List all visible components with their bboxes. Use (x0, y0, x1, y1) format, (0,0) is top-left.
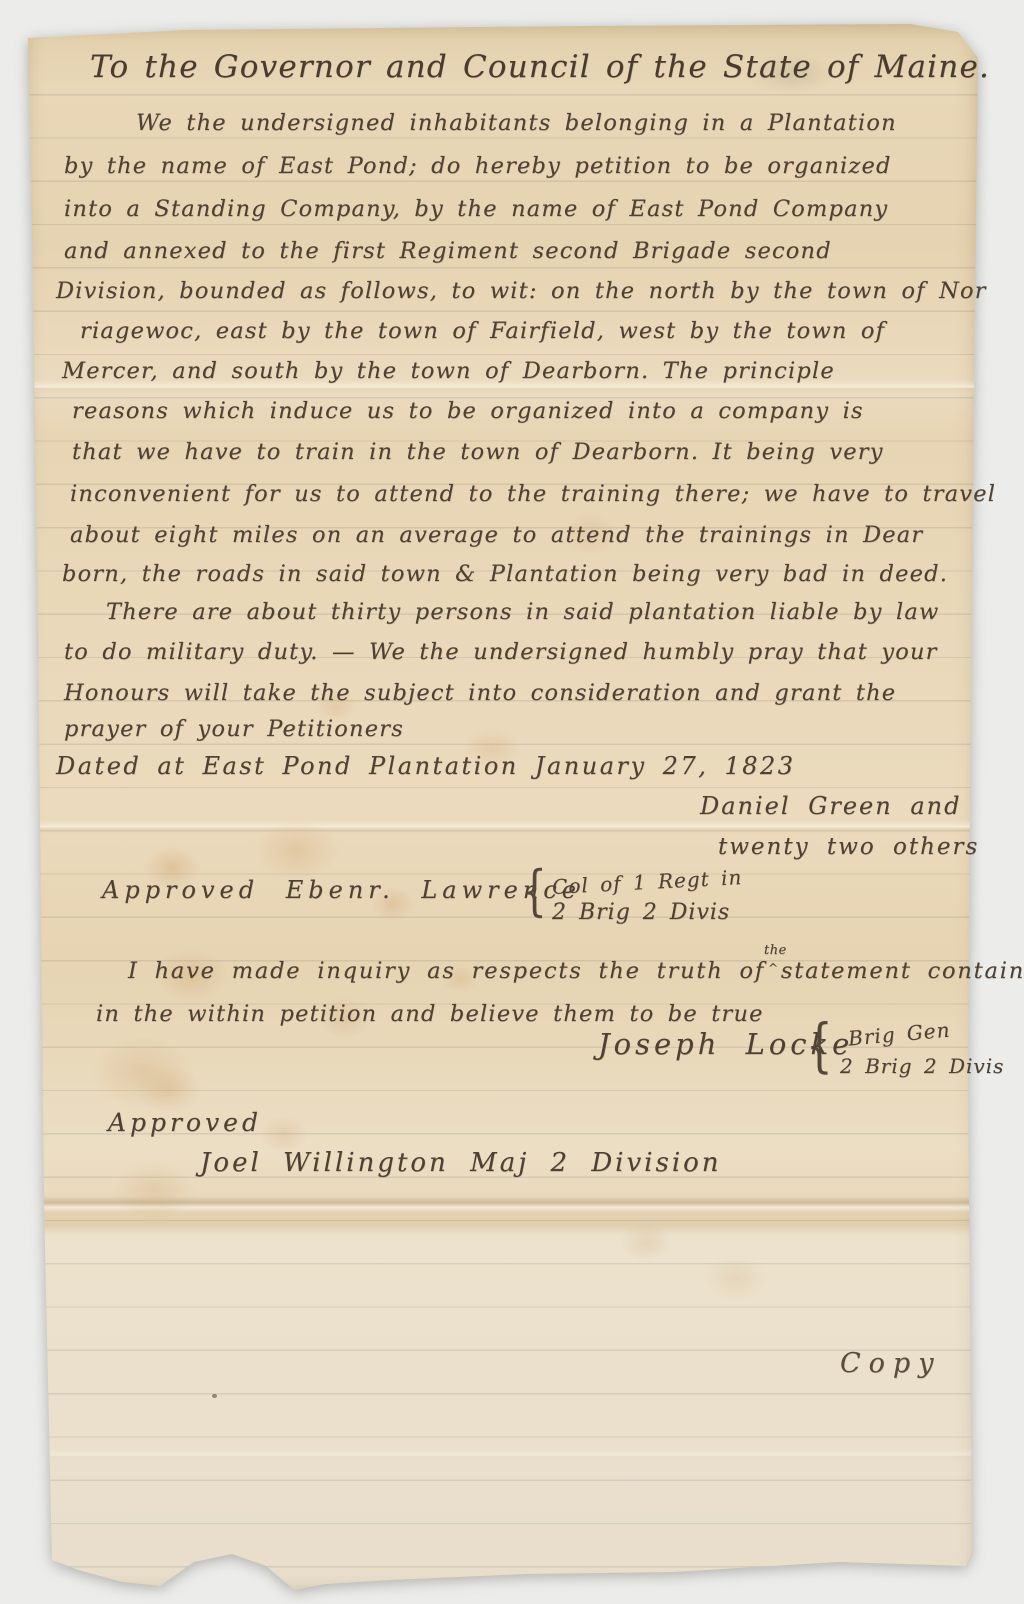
manuscript-line: Division, bounded as follows, to wit: on… (56, 280, 987, 303)
ink-speck (212, 1394, 217, 1398)
manuscript-line: born, the roads in said town & Plantatio… (62, 563, 948, 586)
manuscript-line: that we have to train in the town of Dea… (72, 441, 884, 464)
approval-willington-label: Approved (108, 1110, 262, 1135)
insertion-caret: ^ (768, 962, 779, 974)
inquiry-line: in the within petition and believe them … (96, 1003, 764, 1026)
manuscript-line: by the name of East Pond; do hereby peti… (64, 155, 892, 178)
manuscript-line: and annexed to the first Regiment second… (64, 240, 832, 263)
manuscript-line: about eight miles on an average to atten… (70, 524, 923, 547)
fold-crease-main (26, 1196, 978, 1212)
inquiry-line: I have made inquiry as respects the trut… (128, 960, 1024, 983)
brace-lawrence: { (522, 864, 548, 918)
approval-lawrence: Approved Ebenr. Lawrence (102, 878, 581, 902)
rank-line: 2 Brig 2 Divis (840, 1056, 1004, 1076)
manuscript-line: riagewoc, east by the town of Fairfield,… (80, 320, 885, 343)
scanned-document-page: To the Governor and Council of the State… (0, 0, 1024, 1604)
archival-note-copy: Copy (840, 1350, 941, 1377)
dateline: Dated at East Pond Plantation January 27… (56, 754, 796, 778)
document-title: To the Governor and Council of the State… (90, 52, 990, 83)
manuscript-line: Honours will take the subject into consi… (64, 682, 896, 705)
brace-locke: { (806, 1016, 833, 1074)
manuscript-line: inconvenient for us to attend to the tra… (70, 483, 996, 506)
manuscript-line: into a Standing Company, by the name of … (64, 198, 888, 221)
manuscript-line: We the undersigned inhabitants belonging… (136, 112, 897, 135)
signatory-others: twenty two others (718, 836, 979, 859)
signature-willington: Joel Willington Maj 2 Division (200, 1150, 722, 1176)
inserted-word: the (764, 944, 787, 957)
manuscript-line: prayer of your Petitioners (64, 718, 404, 741)
fold-crease-lower (26, 1448, 978, 1462)
fold-crease-middle (26, 820, 978, 834)
manuscript-line: to do military duty. — We the undersigne… (64, 641, 938, 664)
signatory-name: Daniel Green and (700, 794, 961, 818)
manuscript-line: There are about thirty persons in said p… (106, 601, 939, 624)
rank-line: 2 Brig 2 Divis (552, 902, 730, 924)
manuscript-line: Mercer, and south by the town of Dearbor… (62, 360, 835, 383)
manuscript-line: reasons which induce us to be organized … (72, 400, 864, 423)
